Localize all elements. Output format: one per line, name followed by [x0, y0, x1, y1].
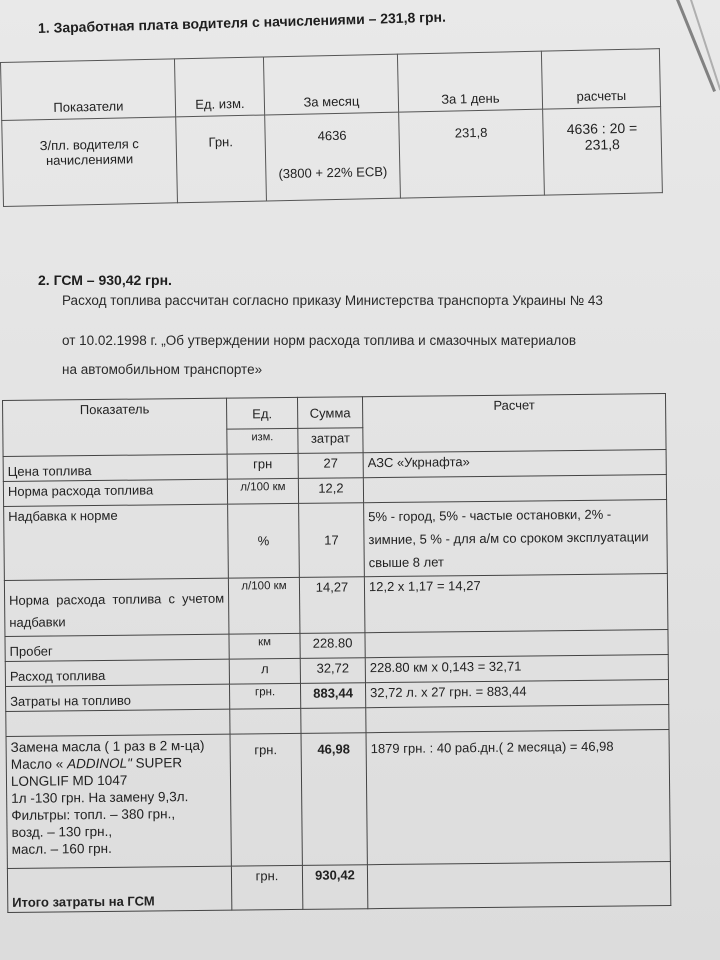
header-unit: Ед. изм. [174, 57, 264, 117]
row-sum: 17 [299, 503, 365, 578]
salary-unit: Грн. [176, 115, 267, 203]
row-calc: 5% - город, 5% - частые остановки, 2% - … [364, 500, 668, 577]
header-calc: Расчет [362, 394, 666, 453]
salary-month: 4636 (3800 + 22% ЕСВ) [265, 112, 401, 201]
spacer-cell [301, 708, 366, 734]
row-indicator: Цена топлива [3, 454, 227, 481]
row-sum: 12,2 [298, 478, 363, 504]
oil-change-row: Замена масла ( 1 раз в 2 м-ца) Масло « A… [6, 730, 670, 869]
total-unit: грн. [231, 865, 302, 910]
oil-line: Масло « [11, 756, 67, 772]
oil-unit: грн. [230, 733, 302, 866]
oil-brand: ADDINOL" [67, 756, 132, 772]
header-sum-2: затрат [298, 428, 363, 454]
row-unit: грн. [229, 683, 300, 709]
table-row: Надбавка к норме % 17 5% - город, 5% - ч… [4, 500, 668, 581]
salary-table: Показатели Ед. изм. За месяц За 1 день р… [0, 48, 663, 207]
row-indicator: Затраты на топливо [6, 684, 230, 711]
row-sum: 228.80 [300, 633, 365, 659]
row-calc: 12,2 х 1,17 = 14,27 [364, 574, 668, 633]
header-month: За месяц [263, 54, 398, 115]
oil-change-description: Замена масла ( 1 раз в 2 м-ца) Масло « A… [6, 734, 231, 868]
row-sum: 14,27 [299, 577, 365, 634]
salary-calc: 4636 : 20 = 231,8 [543, 107, 663, 195]
header-indicators: Показатели [1, 59, 176, 121]
total-calc [367, 862, 670, 909]
row-sum: 27 [298, 453, 363, 479]
row-indicator: Норма расхода топлива с учетом надбавки [4, 578, 229, 636]
total-sum: 930,42 [302, 865, 367, 910]
salary-indicator: З/пл. водителя с начислениями [2, 117, 178, 207]
row-unit: л [229, 658, 300, 684]
row-indicator: Расход топлива [5, 659, 229, 686]
header-unit-2: изм. [227, 428, 298, 454]
row-calc: 32,72 л. х 27 грн. = 883,44 [365, 680, 668, 708]
header-unit-1: Ед. [226, 397, 297, 429]
spacer-cell [6, 709, 230, 736]
fuel-table: Показатель Ед. Сумма Расчет изм. затрат … [2, 393, 671, 913]
row-sum: 32,72 [300, 658, 365, 684]
salary-month-note: (3800 + 22% ЕСВ) [270, 164, 395, 182]
section-2-para-2: от 10.02.1998 г. „Об утверждении норм ра… [62, 333, 576, 348]
total-label: Итого затраты на ГСМ [7, 866, 231, 912]
total-row: Итого затраты на ГСМ грн. 930,42 [7, 862, 670, 913]
section-2-para-3: на автомобильном транспорте» [62, 362, 262, 377]
row-sum: 883,44 [300, 683, 365, 709]
salary-day: 231,8 [399, 109, 545, 198]
row-indicator: Норма расхода топлива [3, 479, 227, 506]
row-calc [365, 630, 668, 658]
header-indicator: Показатель [3, 398, 228, 456]
document-page: 1. Заработная плата водителя с начислени… [0, 0, 720, 960]
salary-month-value: 4636 [269, 127, 394, 145]
row-calc: 228.80 км х 0,143 = 32,71 [365, 655, 668, 683]
oil-sum: 46,98 [301, 733, 367, 866]
row-indicator: Пробег [5, 634, 229, 661]
row-unit: км [229, 633, 300, 659]
spacer-cell [366, 705, 669, 733]
header-calc: расчеты [541, 49, 660, 109]
section-2-title: 2. ГСМ – 930,42 грн. [38, 272, 172, 288]
row-unit: л/100 км [228, 577, 300, 634]
row-indicator: Надбавка к норме [4, 504, 229, 580]
row-calc: АЗС «Укрнафта» [363, 450, 666, 478]
header-sum-1: Сумма [297, 397, 362, 429]
row-calc [363, 475, 666, 503]
spacer-cell [230, 708, 301, 734]
oil-calc: 1879 грн. : 40 раб.дн.( 2 месяца) = 46,9… [366, 730, 670, 865]
table-row: Норма расхода топлива с учетом надбавки … [4, 574, 668, 637]
section-1-title: 1. Заработная плата водителя с начислени… [38, 9, 446, 36]
row-unit: грн [227, 453, 298, 479]
row-unit: л/100 км [227, 478, 298, 504]
section-2-para-1: Расход топлива рассчитан согласно приказ… [62, 292, 652, 309]
header-day: За 1 день [397, 51, 542, 112]
row-unit: % [228, 503, 300, 578]
oil-line: Замена масла ( 1 раз в 2 м-ца) [11, 737, 226, 756]
oil-line: SUPER [132, 755, 182, 771]
oil-line: масл. – 160 грн. [12, 839, 227, 858]
